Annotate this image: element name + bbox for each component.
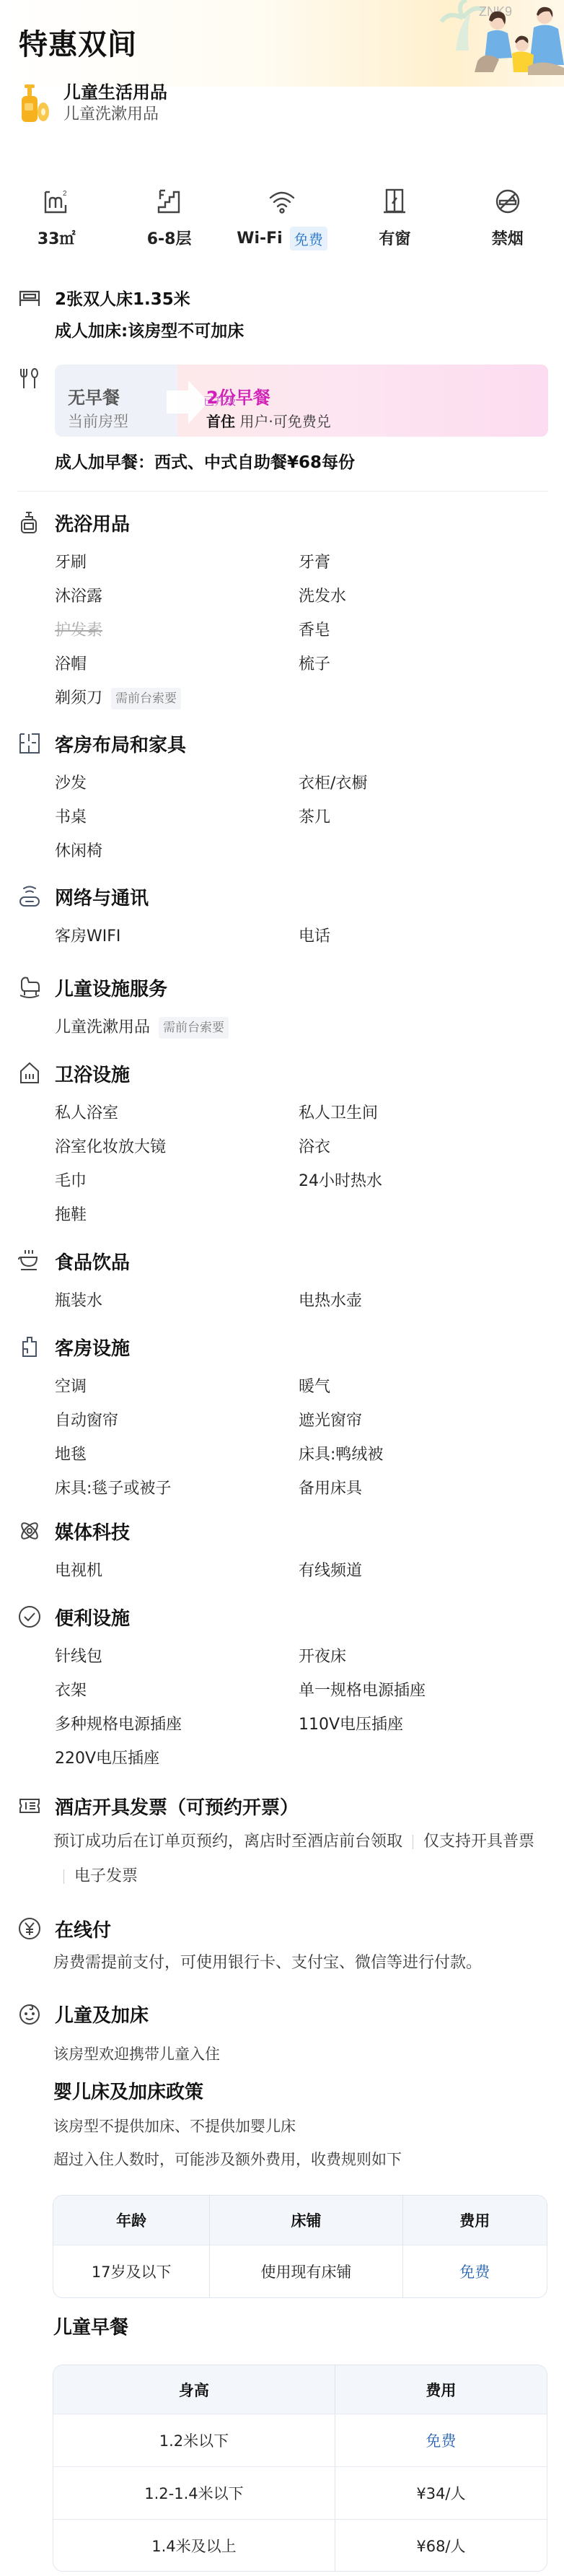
section-convenience: 便利设施 针线包 开夜床 衣架 单一规格电源插座 多种规格电源插座 110V电压… xyxy=(0,1602,564,1776)
bed-icon xyxy=(17,286,42,310)
no-smoking-icon xyxy=(493,186,523,217)
section-title: 卫浴设施 xyxy=(55,1060,130,1087)
amenity-item: 衣架 xyxy=(55,1674,299,1708)
amenity-item: 毛巾 xyxy=(55,1164,299,1198)
cutlery-icon xyxy=(17,367,42,391)
amenity-item: 剃须刀需前台索要 xyxy=(55,681,299,715)
crib-policy-line-2: 超过入住人数时，可能涉及额外费用，收费规则如下 xyxy=(53,2143,542,2176)
amenity-item: 茶几 xyxy=(299,800,542,834)
table-row: 1.2米以下 免费 xyxy=(53,2414,547,2466)
amenity-item-unavailable: 护发素 xyxy=(55,614,299,647)
breakfast-upgrade-card[interactable]: 无早餐 当前房型 2份早餐 首住 用户·可免费兑 已升级 xyxy=(55,364,548,437)
svg-text:2: 2 xyxy=(63,190,67,198)
separator xyxy=(63,1869,64,1884)
table-header-row: 身高 费用 xyxy=(53,2365,547,2414)
ticket-invoice-icon xyxy=(17,1794,42,1818)
section-network: 网络与通讯 客房WIFI 电话 xyxy=(0,882,564,953)
amenity-item: 单一规格电源插座 xyxy=(299,1674,542,1708)
section-children-extra-bed: 儿童及加床 该房型欢迎携带儿童入住 婴儿床及加床政策 该房型不提供加床、不提供加… xyxy=(0,1999,564,2176)
amenity-label: 剃须刀 xyxy=(55,681,102,715)
section-bathroom: 卫浴设施 私人浴室 私人卫生间 浴室化妆放大镜 浴衣 毛巾 24小时热水 拖鞋 xyxy=(0,1059,564,1232)
amenity-item: 针线包 xyxy=(55,1640,299,1674)
amenity-item: 衣柜/衣橱 xyxy=(299,767,542,800)
amenity-item: 牙刷 xyxy=(55,546,299,580)
current-breakfast-title: 无早餐 xyxy=(68,383,177,409)
area-icon: 2 xyxy=(41,186,71,217)
wifi-free-badge: 免费 xyxy=(290,227,327,250)
section-room-facilities: 客房设施 空调 暖气 自动窗帘 遮光窗帘 地毯 床具:鸭绒被 床具:毯子或被子 … xyxy=(0,1332,564,1506)
family-illustration-icon: ZNK9 xyxy=(427,0,564,79)
amenity-item: 床具:鸭绒被 xyxy=(299,1438,542,1472)
request-at-front-desk-tag: 需前台索要 xyxy=(159,1017,229,1039)
bed-cell: 使用现有床铺 xyxy=(210,2245,402,2297)
amenity-item: 客房WIFI xyxy=(55,920,299,953)
current-breakfast: 无早餐 当前房型 xyxy=(55,364,177,437)
amenity-item: 牙膏 xyxy=(299,546,542,580)
amenity-item: 洗发水 xyxy=(299,580,542,614)
amenity-item: 110V电压插座 xyxy=(299,1708,542,1742)
section-title: 酒店开具发票（可预约开票） xyxy=(55,1793,299,1820)
kids-amenity-highlight: 儿童生活用品 儿童洗漱用品 xyxy=(19,81,167,126)
section-media-tech: 媒体科技 电视机 有线频道 xyxy=(0,1516,564,1588)
redeem-text: 用户·可免费兑 xyxy=(235,413,331,430)
amenity-item: 瓶装水 xyxy=(55,1284,299,1318)
floor-stairs-icon xyxy=(154,186,185,217)
yuan-circle-icon xyxy=(17,1916,42,1941)
amenity-item: 多种规格电源插座 xyxy=(55,1708,299,1742)
amenity-item: 香皂 xyxy=(299,614,542,647)
bed-configuration: 2张双人床1.35米 xyxy=(55,286,190,310)
amenity-item: 私人卫生间 xyxy=(299,1096,542,1130)
amenity-item: 电热水壶 xyxy=(299,1284,542,1318)
section-divider xyxy=(17,491,548,492)
amenity-label: 儿童洗漱用品 xyxy=(55,1010,150,1044)
feature-floor-label: 6-8层 xyxy=(147,227,192,249)
first-stay-label: 首住 xyxy=(206,413,235,430)
column-header-bed: 床铺 xyxy=(210,2196,402,2245)
height-cell: 1.2米以下 xyxy=(53,2414,335,2466)
request-at-front-desk-tag: 需前台索要 xyxy=(111,688,181,710)
payment-description: 房费需提前支付，可使用银行卡、支付宝、微信等进行付款。 xyxy=(53,1946,542,1981)
feature-area: 2 33㎡ xyxy=(0,186,113,250)
amenity-item: 拖鞋 xyxy=(55,1198,299,1232)
section-title: 网络与通讯 xyxy=(55,883,149,910)
kids-breakfast-fee-table: 身高 费用 1.2米以下 免费 1.2-1.4米以下 ¥34/人 1.4米及以上… xyxy=(53,2365,547,2572)
amenity-item: 有线频道 xyxy=(299,1554,542,1588)
extra-bed-fee-table: 年龄 床铺 费用 17岁及以下 使用现有床铺 免费 xyxy=(53,2195,547,2298)
router-icon xyxy=(17,884,42,909)
amenity-item: 电视机 xyxy=(55,1554,299,1588)
feature-wifi[interactable]: Wi-Fi 免费 xyxy=(226,186,338,250)
fee-cell: 免费 xyxy=(335,2414,547,2466)
amenity-item: 浴衣 xyxy=(299,1130,542,1164)
height-cell: 1.4米及以上 xyxy=(53,2520,335,2571)
section-title: 儿童设施服务 xyxy=(55,974,167,1001)
amenity-item: 备用床具 xyxy=(299,1472,542,1506)
separator xyxy=(413,1835,413,1849)
amenity-item: 书桌 xyxy=(55,800,299,834)
section-title: 媒体科技 xyxy=(55,1518,130,1545)
adult-breakfast-price: 成人加早餐：西式、中式自助餐¥68每份 xyxy=(55,449,355,473)
amenity-item: 休闲椅 xyxy=(55,834,299,868)
column-header-fee: 费用 xyxy=(403,2196,547,2245)
amenity-item: 220V电压插座 xyxy=(55,1742,299,1776)
children-welcome: 该房型欢迎携带儿童入住 xyxy=(53,2037,542,2071)
table-row: 1.2-1.4米以下 ¥34/人 xyxy=(53,2466,547,2519)
kids-amenity-subtitle: 儿童洗漱用品 xyxy=(63,104,167,126)
amenity-item: 沐浴露 xyxy=(55,580,299,614)
section-title: 便利设施 xyxy=(55,1604,130,1630)
section-payment: 在线付 房费需提前支付，可使用银行卡、支付宝、微信等进行付款。 xyxy=(0,1914,564,1981)
invoice-format-info: 电子发票 xyxy=(74,1867,138,1885)
kids-toiletries-bottle-icon xyxy=(19,82,52,125)
feature-wifi-label: Wi-Fi xyxy=(237,230,283,248)
feature-area-label: 33㎡ xyxy=(38,227,76,249)
amenity-item: 浴帽 xyxy=(55,647,299,681)
upgraded-breakfast-subtitle: 首住 用户·可免费兑 xyxy=(206,410,548,431)
age-cell: 17岁及以下 xyxy=(53,2245,210,2297)
crib-policy-title: 婴儿床及加床政策 xyxy=(53,2077,564,2104)
feature-no-smoking-label: 禁烟 xyxy=(492,227,524,249)
table-row: 17岁及以下 使用现有床铺 免费 xyxy=(53,2245,547,2297)
upgraded-breakfast-title: 2份早餐 xyxy=(206,383,548,409)
fee-cell: ¥68/人 xyxy=(335,2520,547,2571)
bathroom-steam-icon xyxy=(17,1061,42,1086)
section-kids-services: 儿童设施服务 儿童洗漱用品需前台索要 xyxy=(0,973,564,1044)
kids-amenity-title: 儿童生活用品 xyxy=(63,81,167,104)
section-food-drink: 食品饮品 瓶装水 电热水壶 xyxy=(0,1246,564,1318)
crib-policy-line-1: 该房型不提供加床、不提供加婴儿床 xyxy=(53,2110,542,2143)
upgraded-label: 已升级 xyxy=(203,393,236,409)
amenity-item: 私人浴室 xyxy=(55,1096,299,1130)
height-cell: 1.2-1.4米以下 xyxy=(53,2467,335,2519)
feature-floor: 6-8层 xyxy=(113,186,225,250)
atom-icon xyxy=(17,1519,42,1543)
room-features-bar: 2 33㎡ 6-8层 Wi-Fi 免费 有窗 禁烟 xyxy=(0,186,564,250)
amenity-item: 遮光窗帘 xyxy=(299,1404,542,1438)
amenity-item: 24小时热水 xyxy=(299,1164,542,1198)
column-header-age: 年龄 xyxy=(53,2196,210,2245)
table-header-row: 年龄 床铺 费用 xyxy=(53,2196,547,2245)
column-header-fee: 费用 xyxy=(335,2365,547,2414)
window-icon xyxy=(379,186,410,217)
feature-window-label: 有窗 xyxy=(379,227,410,249)
section-title: 洗浴用品 xyxy=(55,510,130,536)
room-title: 特惠双间 xyxy=(19,22,137,63)
table-row: 1.4米及以上 ¥68/人 xyxy=(53,2519,547,2571)
amenity-item: 梳子 xyxy=(299,647,542,681)
baby-face-icon xyxy=(17,2001,42,2026)
invoice-pickup-info: 预订成功后在订单页预约，离店时至酒店前台领取 xyxy=(53,1833,402,1851)
fee-cell: ¥34/人 xyxy=(335,2467,547,2519)
section-bath-supplies: 洗浴用品 牙刷 牙膏 沐浴露 洗发水 护发素 香皂 浴帽 梳子 剃须刀需前台索要 xyxy=(0,508,564,715)
rocking-horse-icon xyxy=(17,975,42,1000)
section-title: 儿童及加床 xyxy=(55,2001,149,2027)
amenity-item: 电话 xyxy=(299,920,542,953)
floorplan-icon xyxy=(17,731,42,756)
section-title: 食品饮品 xyxy=(55,1248,130,1275)
feature-window: 有窗 xyxy=(338,186,451,250)
amenity-item: 自动窗帘 xyxy=(55,1404,299,1438)
amenity-item: 地毯 xyxy=(55,1438,299,1472)
amenity-item: 儿童洗漱用品需前台索要 xyxy=(55,1010,542,1044)
amenity-item: 浴室化妆放大镜 xyxy=(55,1130,299,1164)
amenity-item: 开夜床 xyxy=(299,1640,542,1674)
room-door-icon xyxy=(17,1335,42,1359)
amenity-item: 床具:毯子或被子 xyxy=(55,1472,299,1506)
amenity-item: 沙发 xyxy=(55,767,299,800)
amenity-item: 空调 xyxy=(55,1370,299,1404)
invoice-type-info: 仅支持开具普票 xyxy=(423,1833,534,1851)
section-invoice: 酒店开具发票（可预约开票） 预订成功后在订单页预约，离店时至酒店前台领取仅支持开… xyxy=(0,1791,564,1894)
column-header-height: 身高 xyxy=(53,2365,335,2414)
section-title: 在线付 xyxy=(55,1916,111,1942)
fee-cell: 免费 xyxy=(403,2245,547,2297)
check-circle-icon xyxy=(17,1604,42,1629)
invoice-details: 预订成功后在订单页预约，离店时至酒店前台领取仅支持开具普票电子发票 xyxy=(53,1825,542,1894)
section-title: 客房布局和家具 xyxy=(55,730,186,757)
amenity-item: 暖气 xyxy=(299,1370,542,1404)
kids-breakfast-title: 儿童早餐 xyxy=(53,2313,128,2339)
section-title: 客房设施 xyxy=(55,1334,130,1361)
extra-bed-policy: 成人加床:该房型不可加床 xyxy=(55,318,244,341)
feature-no-smoking: 禁烟 xyxy=(451,186,564,250)
soap-dispenser-icon xyxy=(17,510,42,535)
current-breakfast-subtitle: 当前房型 xyxy=(68,410,177,432)
section-layout-furniture: 客房布局和家具 沙发 衣柜/衣橱 书桌 茶几 休闲椅 xyxy=(0,729,564,868)
wifi-icon xyxy=(267,186,297,217)
hot-cup-icon xyxy=(17,1249,42,1273)
